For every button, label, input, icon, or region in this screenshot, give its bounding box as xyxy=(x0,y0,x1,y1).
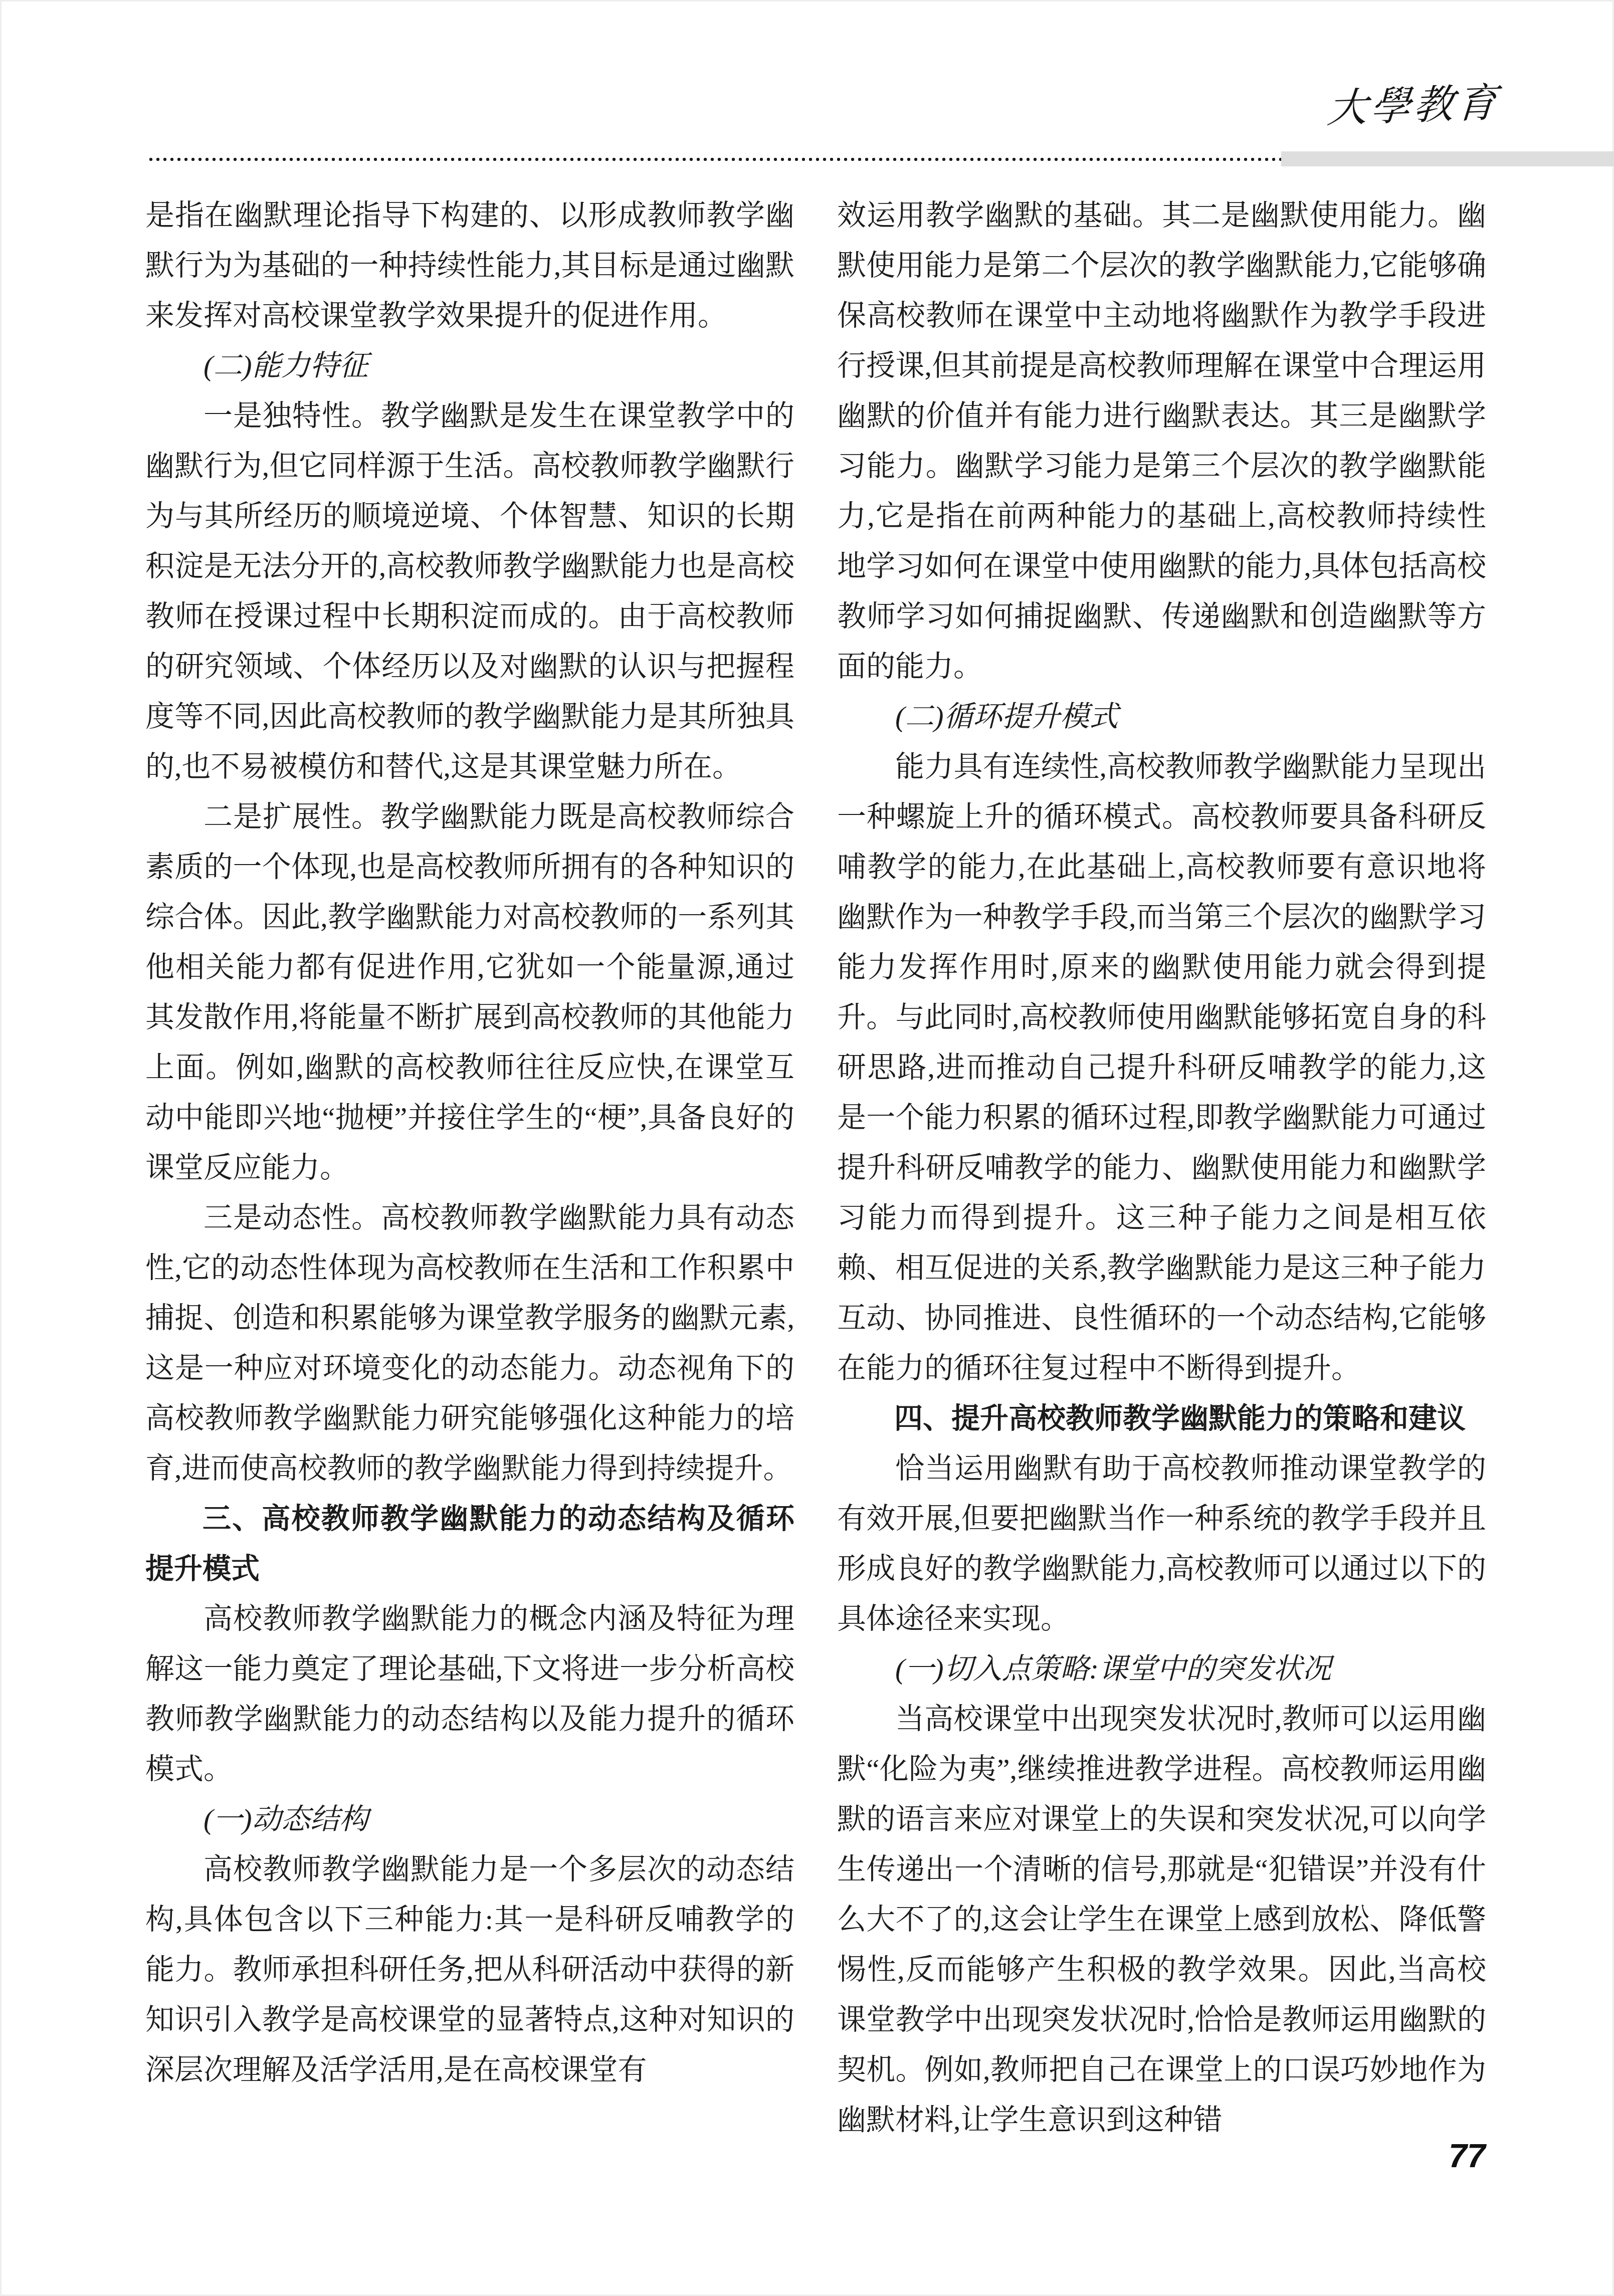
paragraph: 恰当运用幽默有助于高校教师推动课堂教学的有效开展,但要把幽默当作一种系统的教学手… xyxy=(837,1443,1486,1644)
paragraph: 高校教师教学幽默能力的概念内涵及特征为理解这一能力奠定了理论基础,下文将进一步分… xyxy=(145,1594,794,1794)
paragraph-continued: 效运用教学幽默的基础。其二是幽默使用能力。幽默使用能力是第二个层次的教学幽默能力… xyxy=(837,190,1486,692)
subsection-heading: (一)切入点策略:课堂中的突发状况 xyxy=(837,1644,1486,1694)
dotted-rule xyxy=(147,156,1281,163)
journal-page: 大學教育 是指在幽默理论指导下构建的、以形成教师教学幽默行为为基础的一种持续性能… xyxy=(0,0,1614,2296)
subsection-heading: (一)动态结构 xyxy=(145,1794,794,1844)
paragraph: 当高校课堂中出现突发状况时,教师可以运用幽默“化险为夷”,继续推进教学进程。高校… xyxy=(837,1694,1486,2145)
subsection-heading: (二)能力特征 xyxy=(145,341,794,391)
section-heading: 四、提升高校教师教学幽默能力的策略和建议 xyxy=(837,1393,1486,1443)
page-number: 77 xyxy=(1449,2139,1485,2172)
paragraph: 能力具有连续性,高校教师教学幽默能力呈现出一种螺旋上升的循环模式。高校教师要具备… xyxy=(837,742,1486,1393)
section-heading: 三、高校教师教学幽默能力的动态结构及循环提升模式 xyxy=(145,1494,794,1594)
article-body: 是指在幽默理论指导下构建的、以形成教师教学幽默行为为基础的一种持续性能力,其目标… xyxy=(145,190,1486,2145)
paragraph: 高校教师教学幽默能力是一个多层次的动态结构,具体包含以下三种能力:其一是科研反哺… xyxy=(145,1844,794,2095)
paragraph-continued: 是指在幽默理论指导下构建的、以形成教师教学幽默行为为基础的一种持续性能力,其目标… xyxy=(145,190,794,341)
subsection-heading: (二)循环提升模式 xyxy=(837,692,1486,742)
header-gray-band xyxy=(1281,151,1614,166)
journal-logo: 大學教育 xyxy=(1326,83,1501,129)
left-column: 是指在幽默理论指导下构建的、以形成教师教学幽默行为为基础的一种持续性能力,其目标… xyxy=(145,190,794,2145)
right-column: 效运用教学幽默的基础。其二是幽默使用能力。幽默使用能力是第二个层次的教学幽默能力… xyxy=(837,190,1486,2145)
paragraph: 三是动态性。高校教师教学幽默能力具有动态性,它的动态性体现为高校教师在生活和工作… xyxy=(145,1193,794,1494)
paragraph: 二是扩展性。教学幽默能力既是高校教师综合素质的一个体现,也是高校教师所拥有的各种… xyxy=(145,792,794,1193)
paragraph: 一是独特性。教学幽默是发生在课堂教学中的幽默行为,但它同样源于生活。高校教师教学… xyxy=(145,391,794,792)
